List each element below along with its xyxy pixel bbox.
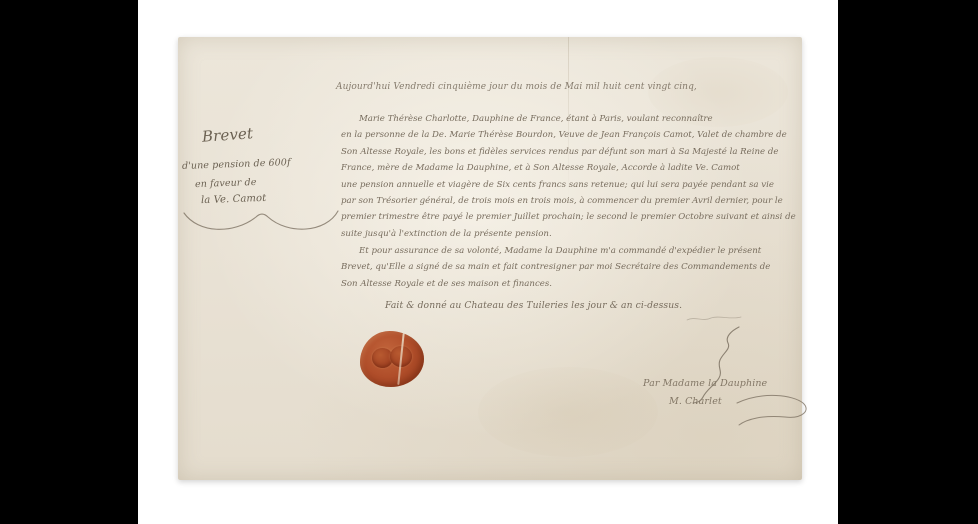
body-line: une pension annuelle et viagère de Six c… [341,177,796,193]
body-line: suite jusqu'à l'extinction de la présent… [341,226,796,242]
body-line: premier trimestre être payé le premier J… [341,209,796,225]
manuscript-paper: Brevet d'une pension de 600f en faveur d… [178,37,802,480]
margin-note-title: Brevet [201,124,253,146]
right-black-bar [838,0,978,524]
body-line: en la personne de la De. Marie Thérèse B… [341,127,796,143]
paper-stain [478,367,658,457]
body-line: Et pour assurance de sa volonté, Madame … [341,243,770,259]
body-line: France, mère de Madame la Dauphine, et à… [341,160,796,176]
date-line: Aujourd'hui Vendredi cinquième jour du m… [336,82,697,92]
wax-seal [360,331,424,387]
photograph-of-manuscript: Brevet d'une pension de 600f en faveur d… [0,0,978,524]
body-line: Marie Thérèse Charlotte, Dauphine de Fra… [341,111,796,127]
body-paragraph-1: Marie Thérèse Charlotte, Dauphine de Fra… [341,111,796,242]
body-line: par son Trésorier général, de trois mois… [341,193,796,209]
body-line: Son Altesse Royale et de ses maison et f… [341,276,770,292]
body-line: Brevet, qu'Elle a signé de sa main et fa… [341,259,770,275]
countersignature-paraph [733,389,818,429]
left-black-bar [0,0,138,524]
body-line: Son Altesse Royale, les bons et fidèles … [341,144,796,160]
margin-note-flourish [178,205,343,239]
countersignature-line-1: Par Madame la Dauphine [643,378,767,389]
margin-note-line: en faveur de [195,177,257,190]
closing-line: Fait & donné au Chateau des Tuileries le… [385,300,682,311]
countersignature-line-2: M. Charlet [669,396,722,407]
margin-note-line: d'une pension de 600f [182,157,291,172]
body-paragraph-2: Et pour assurance de sa volonté, Madame … [341,243,770,292]
